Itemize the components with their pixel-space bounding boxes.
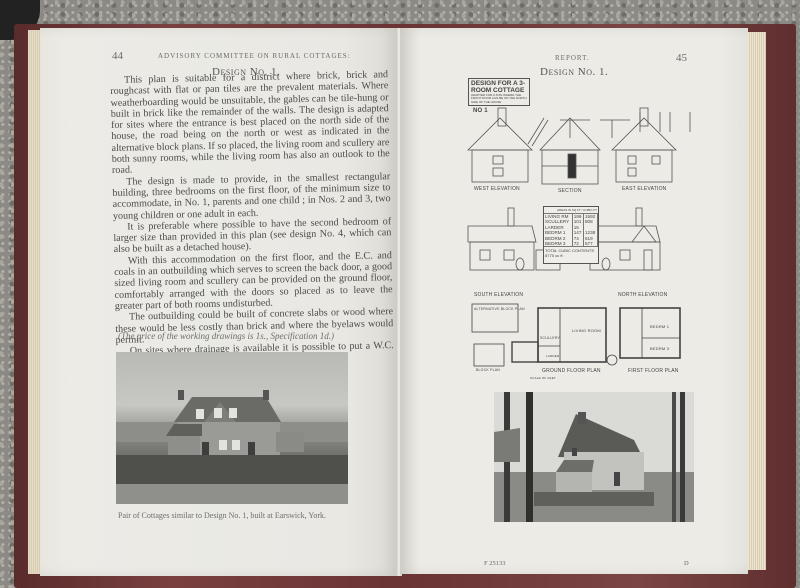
cottage-sketch-icon xyxy=(494,392,694,522)
paragraph: With this accommodation on the first flo… xyxy=(114,250,393,312)
label-larder: LARDER xyxy=(546,354,559,358)
label-ground-floor-plan: GROUND FLOOR PLAN xyxy=(542,368,601,374)
label-north-elevation: NORTH ELEVATION xyxy=(618,292,667,298)
photo-caption: Pair of Cottages similar to Design No. 1… xyxy=(118,511,326,520)
plate-title: DESIGN FOR A 3-ROOM COTTAGE xyxy=(471,80,527,94)
right-page-edges xyxy=(746,32,766,570)
paragraph: The design is made to provide, in the sm… xyxy=(112,171,391,222)
elevations-drawing-icon xyxy=(460,104,710,194)
label-west-elevation: WEST ELEVATION xyxy=(474,186,520,192)
left-running-head: Advisory Committee on Rural Cottages: xyxy=(158,52,351,60)
body-text: This plan is suitable for a district whe… xyxy=(110,69,394,368)
label-bedrm-3: BEDRM 3 xyxy=(650,346,669,351)
label-first-floor-plan: FIRST FLOOR PLAN xyxy=(628,368,679,374)
floor-plans-icon xyxy=(460,302,710,374)
cubic-table-total: TOTAL CUBIC CONTENTS 8775 cu ft xyxy=(544,246,598,259)
label-scullery: SCULLERY xyxy=(540,336,560,340)
cottage-sketch xyxy=(494,392,694,522)
printer-signature: F 25133 xyxy=(484,560,506,567)
cubic-table-header: AREAS IN SQ FT / CUBIC FT xyxy=(544,207,598,214)
label-scale: SCALE OF FEET xyxy=(530,376,556,380)
label-section: SECTION xyxy=(558,188,582,194)
left-page-number: 44 xyxy=(112,50,123,62)
right-running-head: Report. xyxy=(555,54,590,62)
cottage-photo-icon xyxy=(116,352,348,504)
cottage-photo xyxy=(116,352,348,504)
price-note: (The price of the working drawings is 1s… xyxy=(118,331,334,341)
label-bedrm-1: BEDRM 1 xyxy=(650,324,669,329)
signature-mark: D xyxy=(684,560,689,567)
plate-title-box: DESIGN FOR A 3-ROOM COTTAGE ADAPTED FOR … xyxy=(468,78,530,106)
right-page-number: 45 xyxy=(676,52,687,64)
cubic-contents-table: AREAS IN SQ FT / CUBIC FT LIVING RM19915… xyxy=(543,206,599,264)
label-living-room: LIVING ROOM xyxy=(572,328,601,333)
plate-subtitle: ADAPTED FOR A SITE WHERE THE FRONT DOOR … xyxy=(471,94,527,104)
label-block-plan: BLOCK PLAN xyxy=(476,368,500,372)
paragraph: This plan is suitable for a district whe… xyxy=(110,69,390,176)
label-alternative-block-plan: ALTERNATIVE BLOCK PLAN xyxy=(474,307,525,311)
label-east-elevation: EAST ELEVATION xyxy=(622,186,666,192)
label-south-elevation: SOUTH ELEVATION xyxy=(474,292,523,298)
